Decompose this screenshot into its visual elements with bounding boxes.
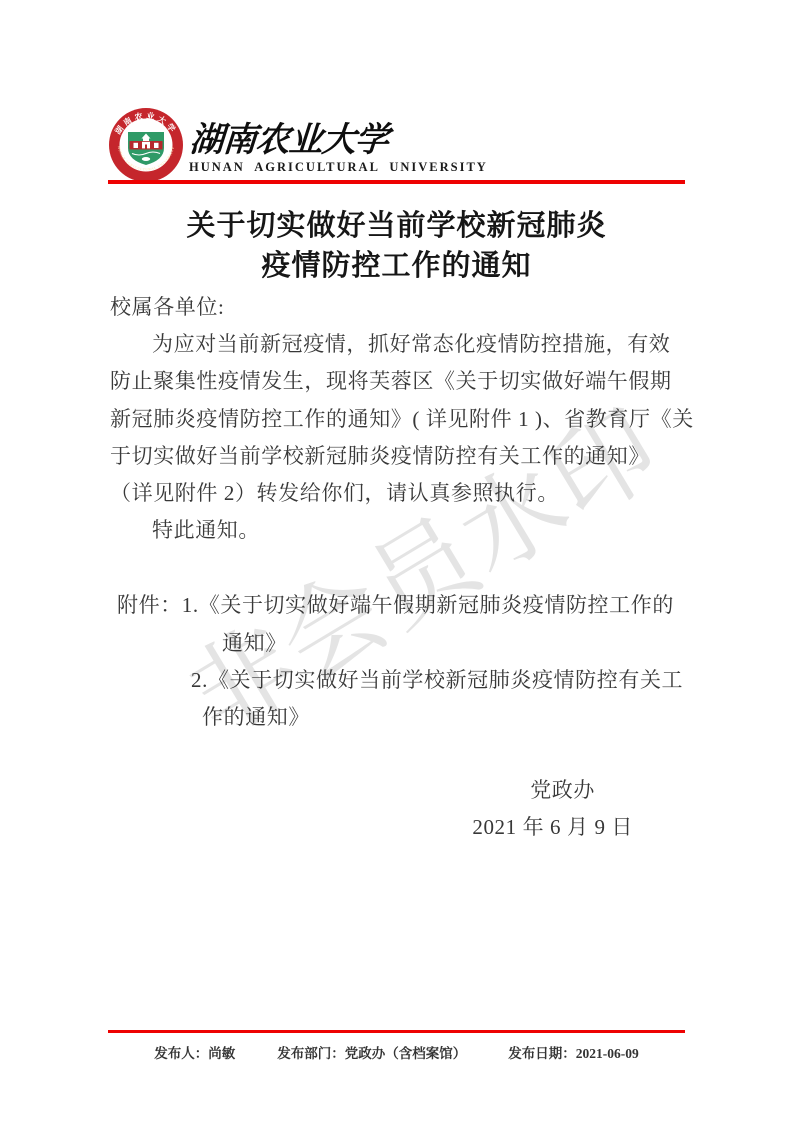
attachment-line: 附件：1.《关于切实做好端午假期新冠肺炎疫情防控工作的 bbox=[110, 587, 700, 624]
document-title-line1: 关于切实做好当前学校新冠肺炎 bbox=[0, 206, 793, 246]
footer-department: 发布部门：党政办（含档案馆） bbox=[277, 1042, 466, 1062]
footer-date-label: 发布日期： bbox=[508, 1046, 576, 1061]
footer: 发布人：尚敏 发布部门：党政办（含档案馆） 发布日期：2021-06-09 bbox=[108, 1042, 685, 1062]
attachment-line: 2.《关于切实做好当前学校新冠肺炎疫情防控有关工 bbox=[110, 662, 700, 699]
footer-department-value: 党政办（含档案馆） bbox=[345, 1046, 467, 1061]
closing-line: 特此通知。 bbox=[110, 512, 700, 549]
footer-date-value: 2021-06-09 bbox=[576, 1046, 639, 1061]
footer-department-label: 发布部门： bbox=[277, 1046, 345, 1061]
body-paragraph: 为应对当前新冠疫情，抓好常态化疫情防控措施，有效 防止聚集性疫情发生，现将芙蓉区… bbox=[110, 326, 700, 512]
document-body: 校属各单位: 为应对当前新冠疫情，抓好常态化疫情防控措施，有效 防止聚集性疫情发… bbox=[110, 289, 700, 847]
signature-department: 党政办 bbox=[110, 772, 685, 809]
footer-publisher-value: 尚敏 bbox=[208, 1046, 235, 1061]
footer-publisher: 发布人：尚敏 bbox=[154, 1042, 235, 1062]
footer-red-rule bbox=[108, 1030, 685, 1033]
attachment-list: 附件：1.《关于切实做好端午假期新冠肺炎疫情防控工作的 通知》 2.《关于切实做… bbox=[110, 587, 700, 736]
footer-date: 发布日期：2021-06-09 bbox=[508, 1042, 639, 1062]
document-title: 关于切实做好当前学校新冠肺炎 疫情防控工作的通知 bbox=[0, 206, 793, 286]
university-emblem-icon: 湖南农业大学 HUNAN AGRICULTURAL UNIVERSITY bbox=[108, 107, 184, 183]
footer-publisher-label: 发布人： bbox=[154, 1046, 208, 1061]
document-title-line2: 疫情防控工作的通知 bbox=[0, 246, 793, 286]
attachment-line: 作的通知》 bbox=[110, 699, 700, 736]
header-red-rule bbox=[108, 180, 685, 184]
salutation: 校属各单位: bbox=[110, 289, 700, 326]
university-name-en: HUNAN AGRICULTURAL UNIVERSITY bbox=[189, 160, 488, 175]
university-name-zh: 湖南农业大学 bbox=[188, 112, 389, 161]
document-page: 非会员水印 湖南农业大学 HUNAN AGRICULTURAL UNIVERSI… bbox=[0, 0, 793, 1122]
signature-block: 党政办 2021 年 6 月 9 日 bbox=[110, 772, 685, 846]
attachment-line: 通知》 bbox=[110, 625, 700, 662]
signature-date: 2021 年 6 月 9 日 bbox=[110, 809, 685, 846]
